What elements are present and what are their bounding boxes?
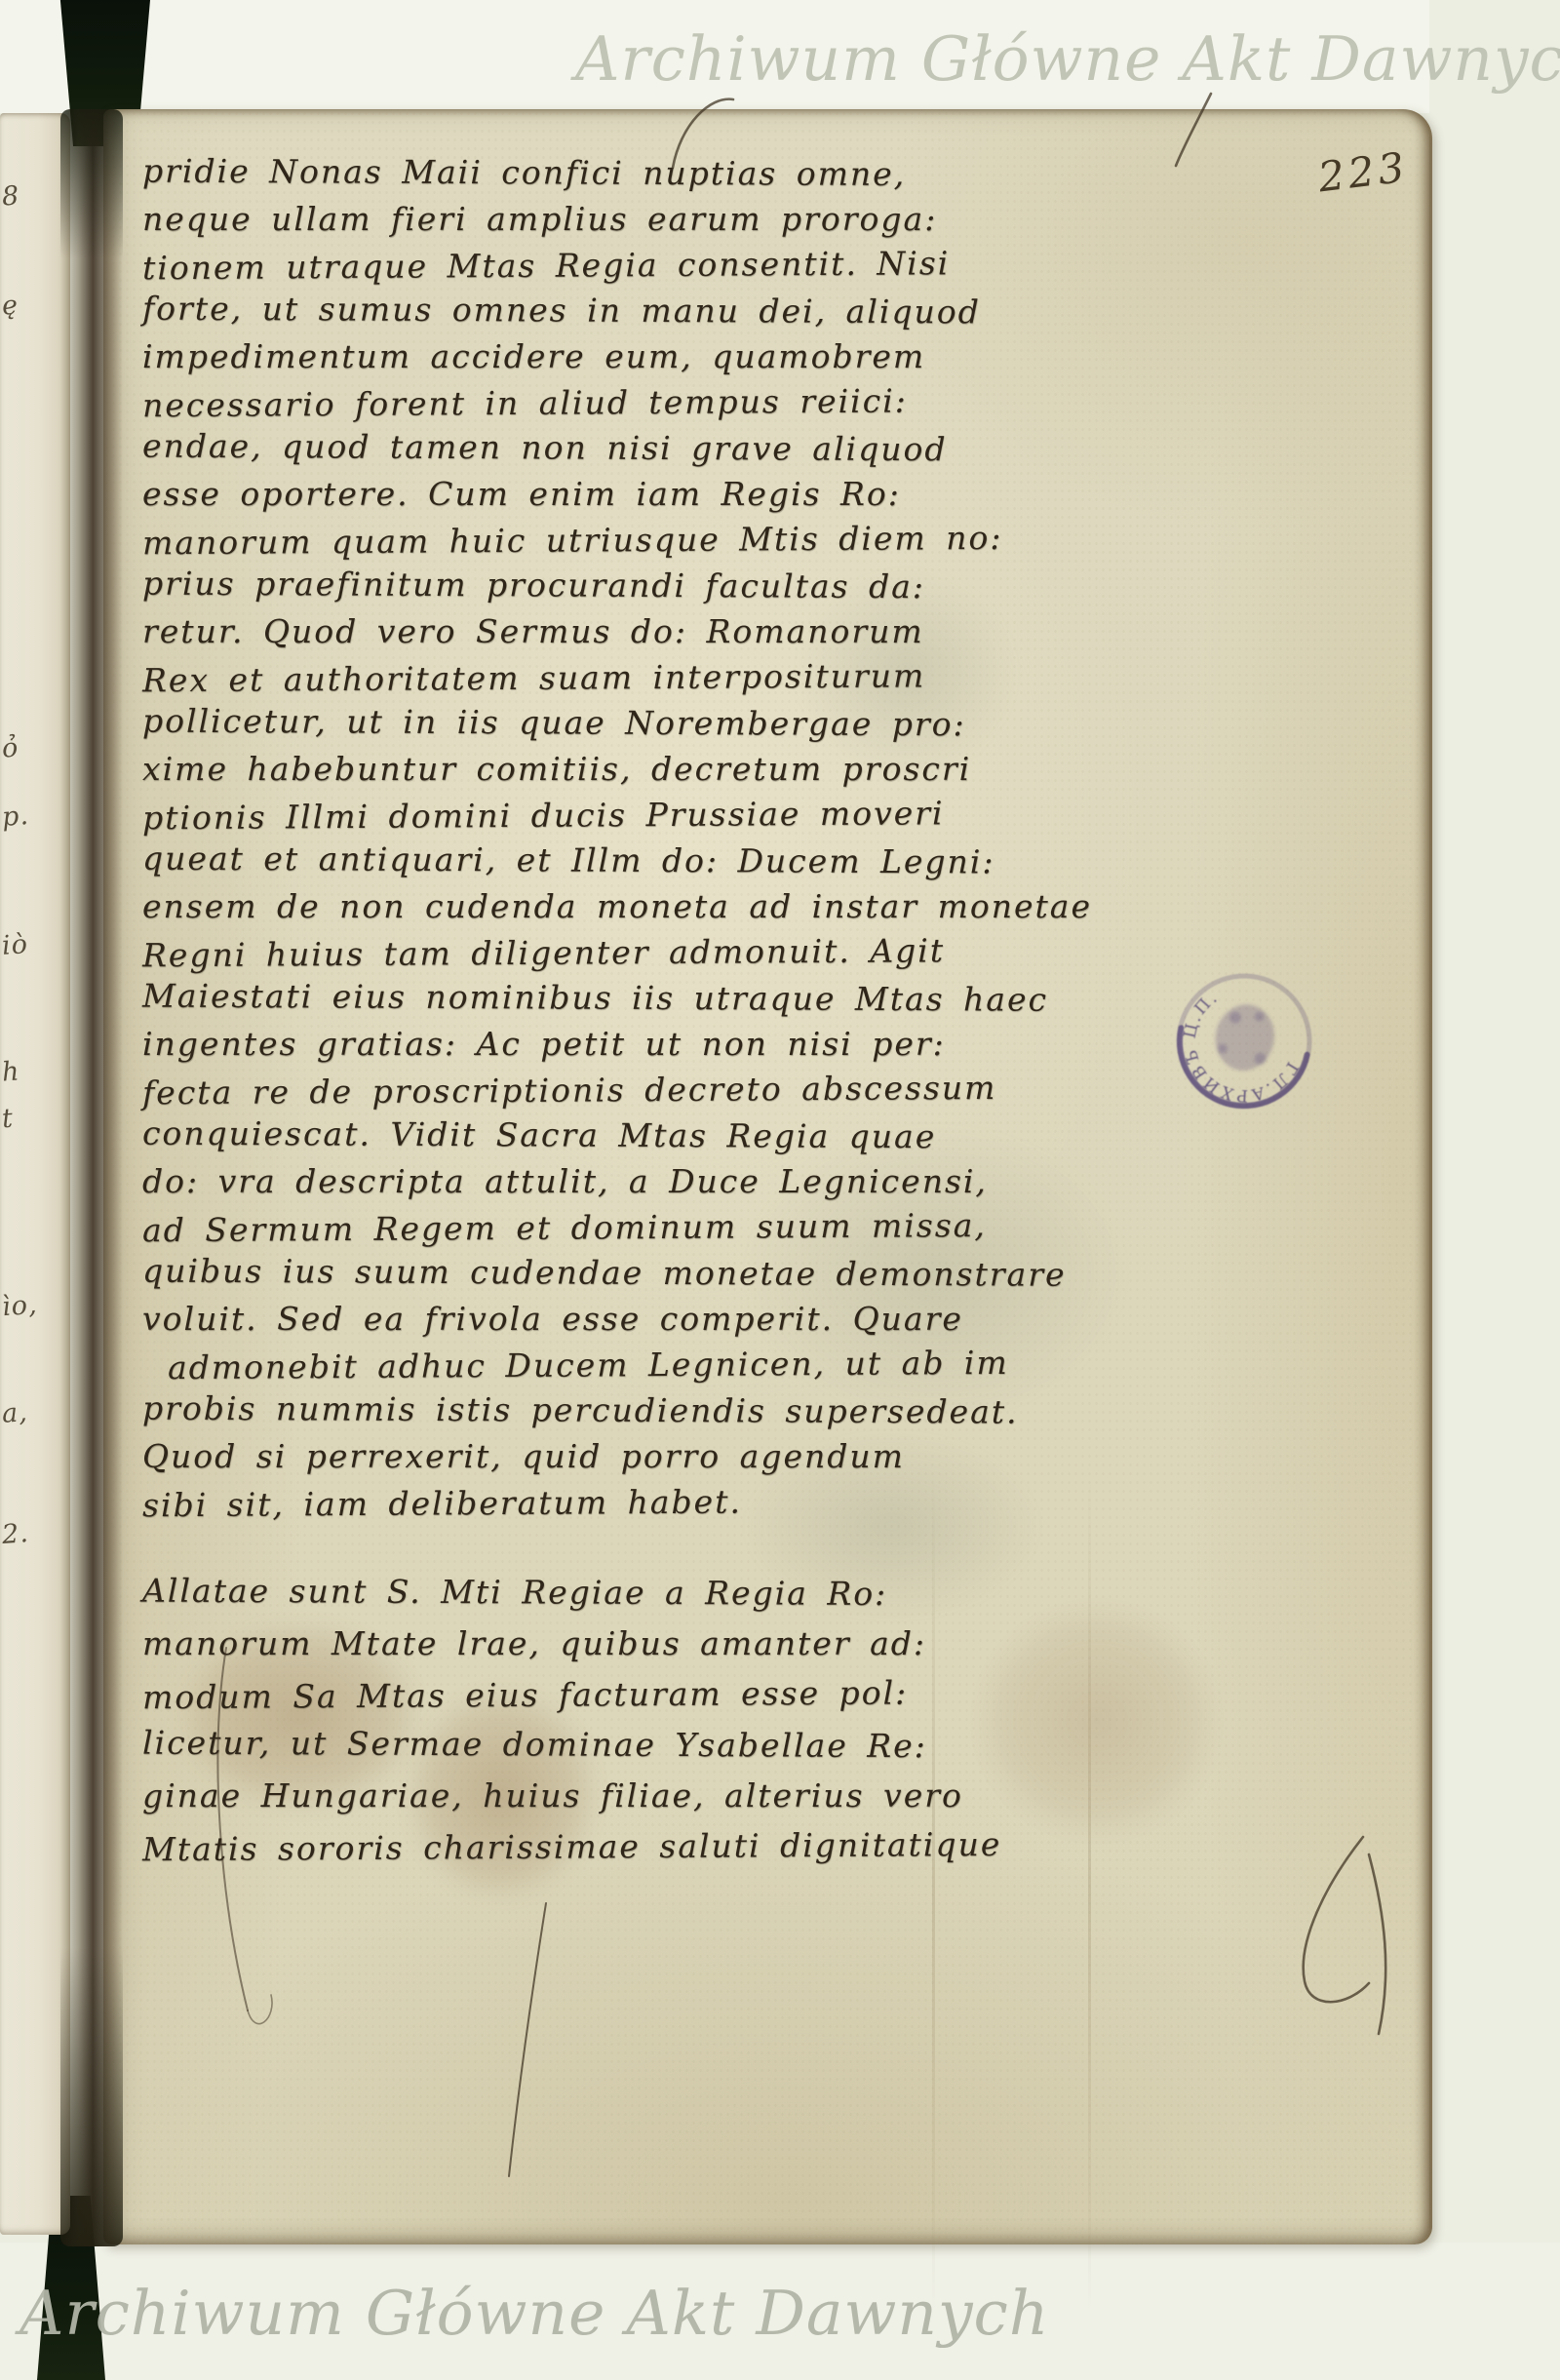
manuscript-line: tionem utraque Mtas Regia consentit. Nis…	[142, 239, 1195, 292]
manuscript-line: necessario forent in aliud tempus reiici…	[142, 376, 1195, 429]
manuscript-line: pridie Nonas Maii confici nuptias omne,	[142, 148, 1195, 199]
manuscript-line: pollicetur, ut in iis quae Norembergae p…	[142, 698, 1195, 749]
book-gutter-shadow	[60, 109, 123, 2246]
stamp-graphic: ГЛ.АРХИВЪ Ц.П.	[1147, 944, 1341, 1138]
manuscript-line: licetur, ut Sermae dominae Ysabellae Re:	[142, 1718, 1195, 1774]
facing-page-text-fragment: iò	[1, 929, 29, 961]
facing-page-text-fragment: p.	[1, 800, 30, 833]
manuscript-line: probis nummis istis percudiendis superse…	[142, 1385, 1195, 1436]
manuscript-line: sibi sit, iam deliberatum habet.	[142, 1476, 1195, 1529]
facing-page-text-fragment: 2.	[1, 1518, 30, 1550]
manuscript-line: impedimentum accidere eum, quamobrem	[142, 333, 1195, 379]
manuscript-line: retur. Quod vero Sermus do: Romanorum	[142, 608, 1195, 654]
manuscript-line: Rex et authoritatem suam interpositurum	[142, 651, 1195, 704]
manuscript-line: quibus ius suum cudendae monetae demonst…	[142, 1248, 1195, 1299]
manuscript-line: prius praefinitum procurandi facultas da…	[142, 561, 1195, 611]
manuscript-line: modum Sa Mtas eius facturam esse pol:	[142, 1666, 1195, 1724]
archival-stamp: ГЛ.АРХИВЪ Ц.П.	[1147, 944, 1341, 1138]
manuscript-line: do: vra descripta attulit, a Duce Legnic…	[142, 1158, 1195, 1204]
manuscript-line: Mtatis sororis charissimae saluti dignit…	[142, 1818, 1195, 1876]
facing-page-text-fragment: 8	[1, 180, 20, 212]
facing-page-text-fragment: ìo,	[1, 1290, 39, 1322]
manuscript-line: Allatae sunt S. Mti Regiae a Regia Ro:	[142, 1566, 1195, 1621]
facing-page-text-fragment: h	[1, 1056, 21, 1087]
manuscript-line: queat et antiquari, et Illm do: Ducem Le…	[142, 836, 1195, 886]
manuscript-line: esse oportere. Cum enim iam Regis Ro:	[142, 471, 1195, 517]
scanner-backing-top	[0, 0, 1560, 113]
facing-page-text-fragment: ỏ	[1, 732, 19, 763]
manuscript-line: Quod si perrexerit, quid porro agendum	[142, 1433, 1195, 1479]
manuscript-paragraph: pridie Nonas Maii confici nuptias omne, …	[142, 150, 1195, 1525]
manuscript-line: ginae Hungariae, huius filiae, alterius …	[142, 1771, 1195, 1821]
scanner-backing-bottom	[0, 2243, 1560, 2380]
manuscript-line: Regni huius tam diligenter admonuit. Agi…	[142, 926, 1195, 979]
manuscript-paragraph: Allatae sunt S. Mti Regiae a Regia Ro: m…	[142, 1568, 1195, 1872]
manuscript-line: ad Sermum Regem et dominum suum missa,	[142, 1201, 1195, 1254]
manuscript-text-block: pridie Nonas Maii confici nuptias omne, …	[142, 150, 1195, 1872]
facing-page-text-fragment: a,	[1, 1397, 29, 1429]
stamp-emblem	[1209, 999, 1280, 1076]
facing-page-text-fragment: t	[1, 1104, 15, 1135]
manuscript-line: manorum quam huic utriusque Mtis diem no…	[142, 514, 1195, 566]
facing-page-text-fragment: ę	[1, 290, 19, 321]
manuscript-line: manorum Mtate lrae, quibus amanter ad:	[142, 1619, 1195, 1669]
manuscript-line: fecta re de proscriptionis decreto absce…	[142, 1064, 1195, 1116]
manuscript-line: forte, ut sumus omnes in manu dei, aliqu…	[142, 286, 1195, 336]
manuscript-line: ingentes gratias: Ac petit ut non nisi p…	[142, 1021, 1195, 1067]
manuscript-line: Maiestati eius nominibus iis utraque Mta…	[142, 973, 1195, 1024]
manuscript-line: endae, quod tamen non nisi grave aliquod	[142, 423, 1195, 474]
manuscript-line: ptionis Illmi domini ducis Prussiae move…	[142, 789, 1195, 841]
manuscript-line: ensem de non cudenda moneta ad instar mo…	[142, 883, 1195, 929]
manuscript-line: conquiescat. Vidit Sacra Mtas Regia quae	[142, 1111, 1195, 1161]
manuscript-line: neque ullam fieri amplius earum proroga:	[142, 196, 1195, 242]
scanner-backing-right	[1429, 0, 1560, 2380]
archive-scan-viewport: { "watermark": { "text": "Archiwum Główn…	[0, 0, 1560, 2380]
manuscript-line: admonebit adhuc Ducem Legnicen, ut ab im	[142, 1339, 1195, 1391]
manuscript-line: xime habebuntur comitiis, decretum prosc…	[142, 746, 1195, 792]
manuscript-line: voluit. Sed ea frivola esse comperit. Qu…	[142, 1296, 1195, 1342]
